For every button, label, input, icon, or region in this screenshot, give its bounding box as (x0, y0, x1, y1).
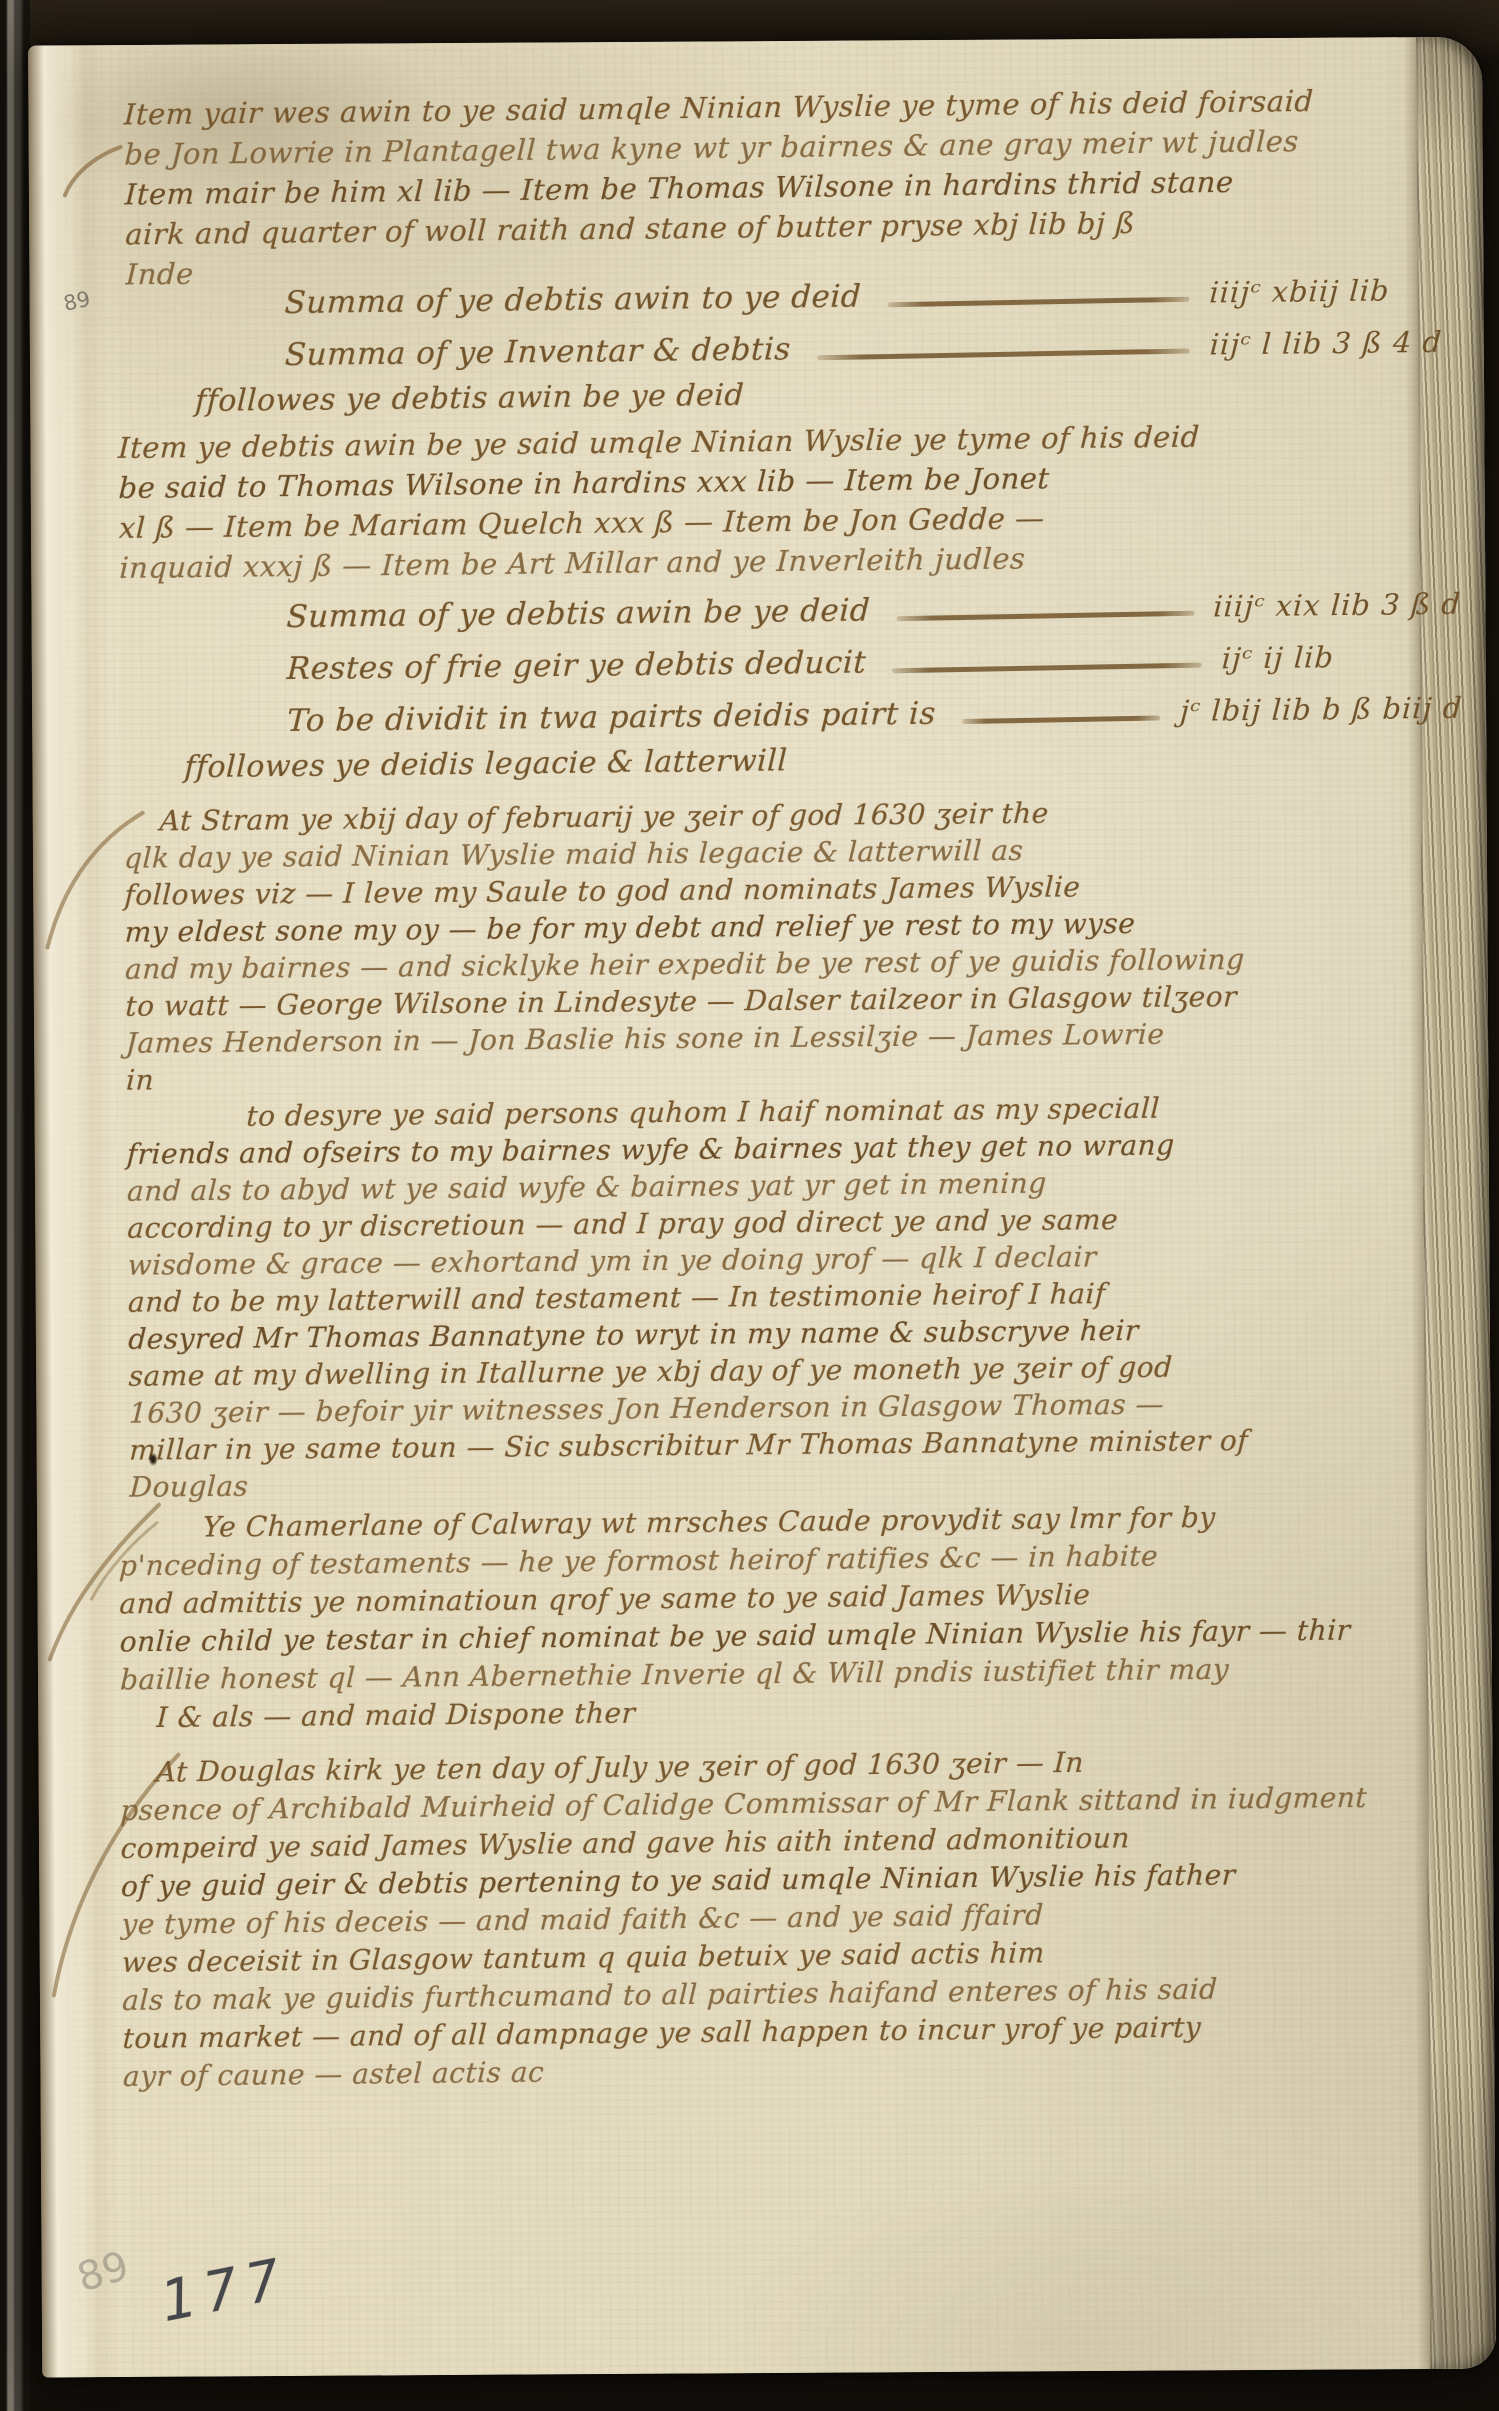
paragraph-court-act: At Douglas kirk ye ten day of July ye ʒe… (120, 1740, 1479, 2096)
paragraph-debts-by-deid: Item ye debtis awin be ye said umqle Nin… (118, 414, 1465, 588)
paragraph-debts-to-deid: Item yair wes awin to ye said umqle Nini… (124, 79, 1456, 294)
ink-dash-line (887, 297, 1189, 308)
binding-edge-strip (0, 0, 30, 2411)
ink-blot (149, 1453, 158, 1466)
summa-amount: jᶜ lbij lib b ß biij d (1179, 691, 1463, 728)
summa-label: Restes of frie geir ye debtis deducit (286, 644, 867, 687)
ink-dash-line (817, 348, 1190, 360)
paragraph-legacie-latterwill: At Stram ye xbij day of februarij ye ʒei… (124, 791, 1470, 1506)
ink-dash-line (896, 611, 1194, 621)
summa-label: Summa of ye debtis awin to ye deid (284, 278, 862, 321)
manuscript-page: 89 Item yair wes awin to ye said umqle N… (28, 37, 1496, 2378)
summa-amount: iiijᶜ xix lib 3 ß d (1213, 587, 1463, 624)
pencil-folio-number: 177 (161, 2245, 287, 2337)
summa-amount: ijᶜ ij lib (1221, 639, 1463, 676)
ink-dash-line (892, 663, 1202, 674)
summa-row: Summa of ye Inventar & debtis iijᶜ l lib… (285, 324, 1450, 373)
summa-label: Summa of ye Inventar & debtis (284, 331, 791, 373)
section-heading-line: ffollowes ye deidis legacie & latterwill (184, 743, 788, 785)
photo-backdrop: 89 Item yair wes awin to ye said umqle N… (0, 0, 1499, 2411)
summa-row: Restes of frie geir ye debtis deducit ij… (287, 638, 1462, 687)
paragraph-confirmation: Ye Chamerlane of Calwray wt mrsches Caud… (119, 1496, 1471, 1737)
summa-amount: iijᶜ l lib 3 ß 4 d (1209, 325, 1451, 362)
summa-row: To be dividit in twa pairts deidis pairt… (287, 690, 1462, 739)
ink-dash-line (962, 715, 1160, 724)
section-heading-line: ffollowes ye debtis awin be ye deid (194, 378, 744, 419)
summa-amount: iiijᶜ xbiij lib (1209, 273, 1451, 310)
summa-row: Summa of ye debtis awin be ye deid iiijᶜ… (286, 586, 1461, 635)
binding-gutter-shadow (28, 45, 122, 2377)
summa-label: To be dividit in twa pairts deidis pairt… (286, 696, 936, 739)
summa-label: Summa of ye debtis awin be ye deid (286, 592, 871, 635)
